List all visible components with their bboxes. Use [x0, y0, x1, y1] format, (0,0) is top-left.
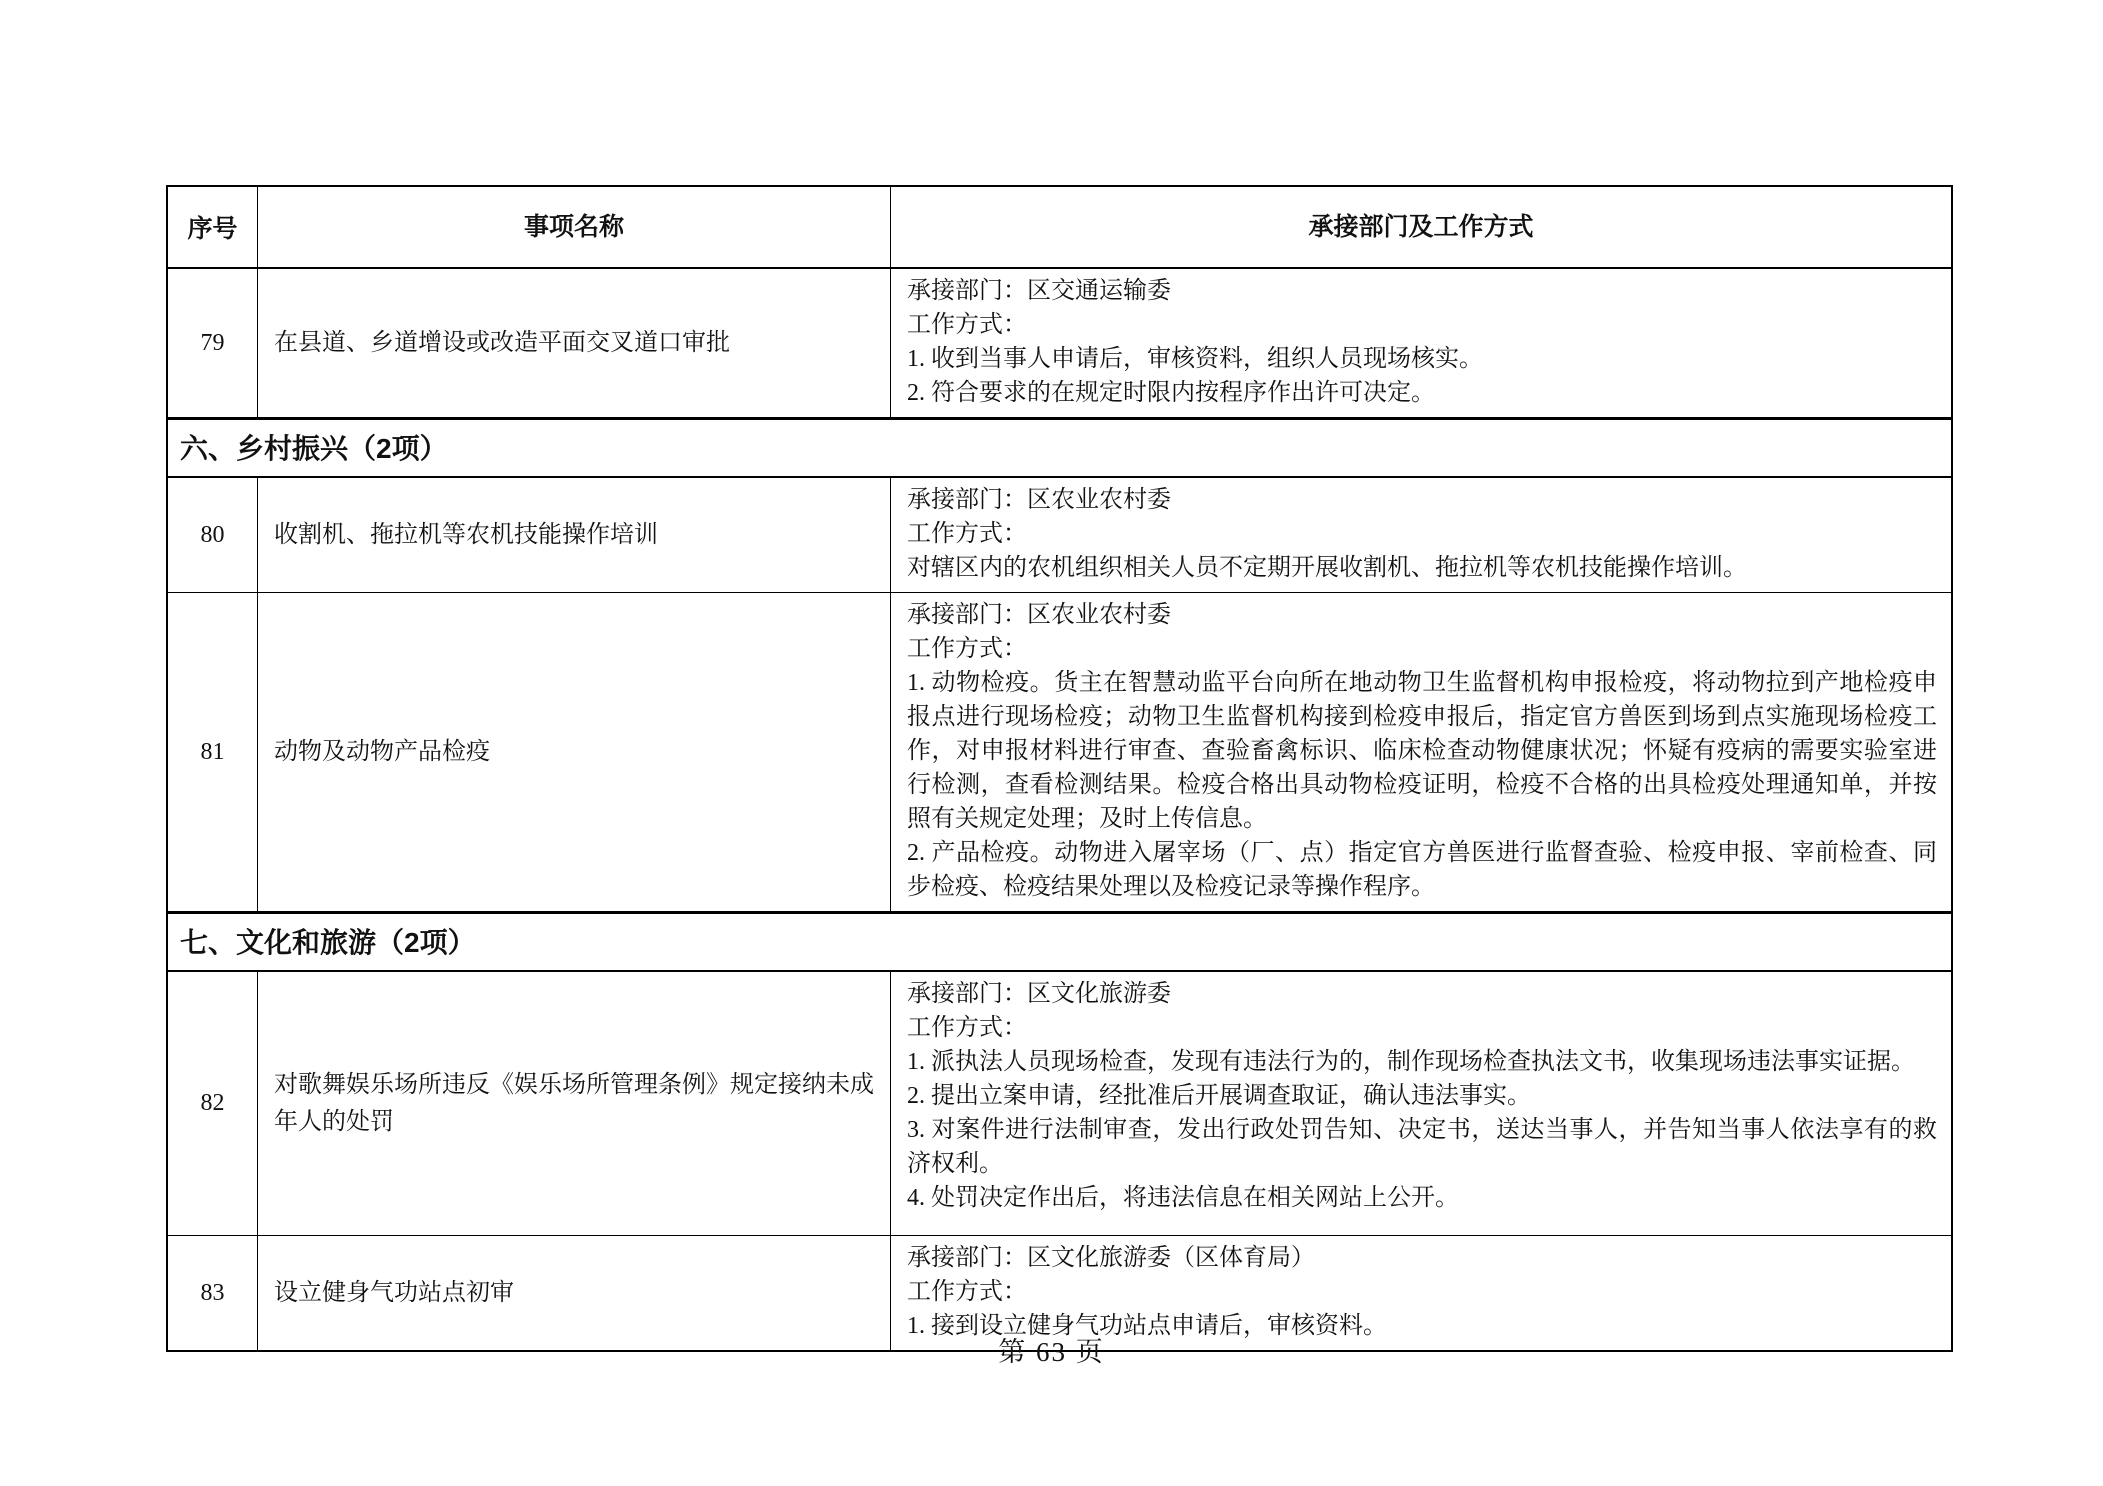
item-name: 收割机、拖拉机等农机技能操作培训	[258, 478, 891, 592]
page-number: 第 63 页	[0, 1330, 2103, 1369]
table-row-80: 80 收割机、拖拉机等农机技能操作培训 承接部门：区农业农村委 工作方式： 对辖…	[168, 476, 1951, 592]
row-number: 81	[168, 593, 258, 911]
row-number: 80	[168, 478, 258, 592]
department-detail: 承接部门：区交通运输委 工作方式： 1. 收到当事人申请后，审核资料，组织人员现…	[891, 269, 1951, 417]
department-detail: 承接部门：区农业农村委 工作方式： 对辖区内的农机组织相关人员不定期开展收割机、…	[891, 478, 1951, 592]
item-name: 对歌舞娱乐场所违反《娱乐场所管理条例》规定接纳未成年人的处罚	[258, 972, 891, 1235]
table-row-79: 79 在县道、乡道增设或改造平面交叉道口审批 承接部门：区交通运输委 工作方式：…	[168, 267, 1951, 417]
item-name: 动物及动物产品检疫	[258, 593, 891, 911]
table-row-82: 82 对歌舞娱乐场所违反《娱乐场所管理条例》规定接纳未成年人的处罚 承接部门：区…	[168, 970, 1951, 1235]
document-page: 序号 事项名称 承接部门及工作方式 79 在县道、乡道增设或改造平面交叉道口审批…	[0, 0, 2103, 1486]
header-cell-department-method: 承接部门及工作方式	[891, 187, 1951, 267]
section-row-culture-tourism: 七、文化和旅游（2项）	[168, 911, 1951, 970]
item-name: 在县道、乡道增设或改造平面交叉道口审批	[258, 269, 891, 417]
section-title: 七、文化和旅游（2项）	[168, 914, 1951, 970]
row-number: 79	[168, 269, 258, 417]
header-cell-number: 序号	[168, 187, 258, 267]
table-header-row: 序号 事项名称 承接部门及工作方式	[168, 187, 1951, 267]
service-items-table: 序号 事项名称 承接部门及工作方式 79 在县道、乡道增设或改造平面交叉道口审批…	[166, 185, 1953, 1352]
section-row-rural-revitalization: 六、乡村振兴（2项）	[168, 417, 1951, 476]
department-detail: 承接部门：区农业农村委 工作方式： 1. 动物检疫。货主在智慧动监平台向所在地动…	[891, 593, 1951, 911]
department-detail: 承接部门：区文化旅游委 工作方式： 1. 派执法人员现场检查，发现有违法行为的，…	[891, 972, 1951, 1235]
header-cell-item-name: 事项名称	[258, 187, 891, 267]
table-row-81: 81 动物及动物产品检疫 承接部门：区农业农村委 工作方式： 1. 动物检疫。货…	[168, 592, 1951, 911]
row-number: 82	[168, 972, 258, 1235]
section-title: 六、乡村振兴（2项）	[168, 420, 1951, 476]
